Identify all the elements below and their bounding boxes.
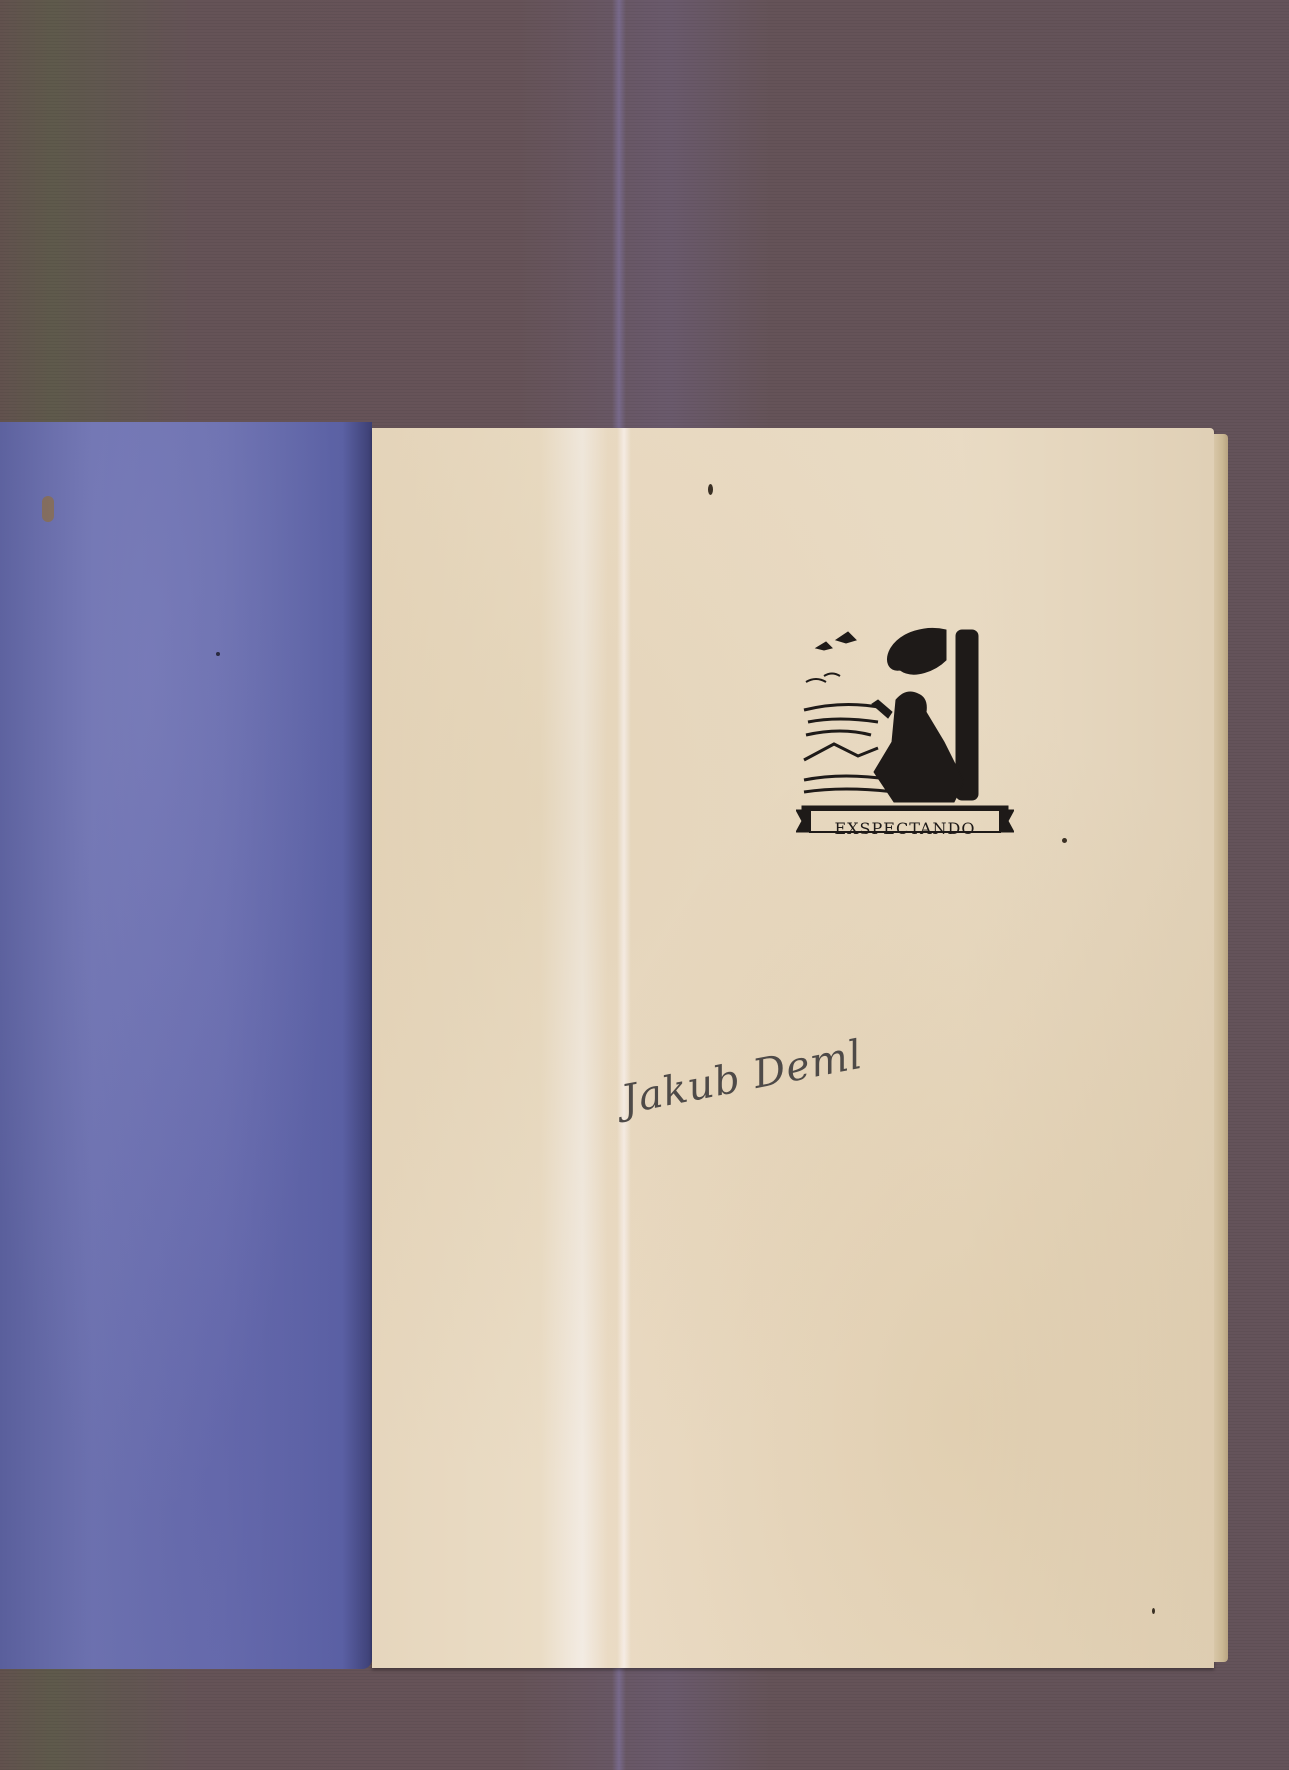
page-speck bbox=[1152, 1608, 1155, 1614]
page-speck bbox=[708, 484, 713, 495]
cover-stain bbox=[42, 496, 54, 522]
woodcut-illustration-icon bbox=[796, 620, 1014, 846]
woodcut-vignette: EXSPECTANDO bbox=[796, 620, 1014, 846]
cover-speck bbox=[216, 652, 220, 656]
page-fore-edge bbox=[1214, 434, 1228, 1662]
book-title-leaf: EXSPECTANDO Jakub Deml bbox=[372, 428, 1214, 1668]
handwritten-signature: Jakub Deml bbox=[618, 1032, 867, 1124]
scan-highlight bbox=[617, 428, 631, 1668]
vignette-motto: EXSPECTANDO bbox=[796, 819, 1014, 838]
book-cover-flap bbox=[0, 422, 372, 1669]
page-speck bbox=[1062, 838, 1067, 843]
